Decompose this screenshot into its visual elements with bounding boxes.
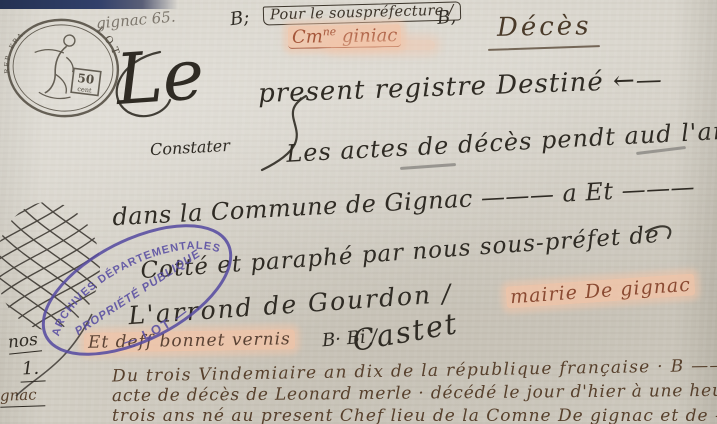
scan-edge-strip: [0, 0, 178, 9]
archives-stamp: ARCHIVES DÉPARTEMENTALES PROPRIÉTÉ PUBLI…: [22, 224, 252, 356]
stamp-figure-head: [63, 34, 75, 46]
svg-text:ARCHIVES DÉPARTEMENTALES: ARCHIVES DÉPARTEMENTALES: [35, 216, 227, 341]
pencil-note: gignac 65.: [95, 8, 176, 33]
commune-annotation-base: Cm: [292, 26, 323, 48]
svg-text:— LOT —: — LOT —: [119, 302, 194, 352]
paraph-mark-right: B,: [436, 6, 457, 29]
registre-line1: present registre Destiné ←—: [258, 65, 664, 109]
registre-constater: Constater: [150, 136, 231, 159]
title-underline: [488, 45, 600, 51]
svg-text:REP. FRA.: REP. FRA.: [2, 26, 29, 76]
signature-castet: Castet: [350, 306, 461, 358]
acte-cut-line: trois ans né au present Chef lieu de la …: [112, 406, 717, 424]
page-title: Décès: [497, 11, 592, 43]
registre-le: Le: [113, 33, 206, 121]
pink-smudge: [330, 40, 435, 50]
margin-entry-number: 1.: [19, 357, 45, 382]
fiscal-stamp-issuer: REP. FRA.: [2, 26, 29, 76]
registre-line3: dans la Commune de Gignac ——— a Et ———: [112, 173, 696, 231]
prefecture-box: Pour le souspréfecture /: [263, 1, 461, 25]
registre-line2: Les actes de décès pendt aud l'an dix: [286, 114, 717, 168]
paraph-mark-left: B;: [229, 7, 251, 30]
pencil-underline-deces: [400, 163, 456, 169]
archives-stamp-bottom-text: — LOT —: [119, 302, 194, 352]
scanned-register-page: 50 cent LOT REP. FRA. gignac 65. B; Pour…: [0, 0, 717, 424]
commune-annotation-sup: ne: [323, 25, 337, 38]
archives-stamp-arc-text: ARCHIVES DÉPARTEMENTALES: [35, 216, 227, 341]
mairie-annotation: mairie De gignac: [505, 273, 695, 308]
margin-gnac: gnac: [0, 385, 45, 408]
